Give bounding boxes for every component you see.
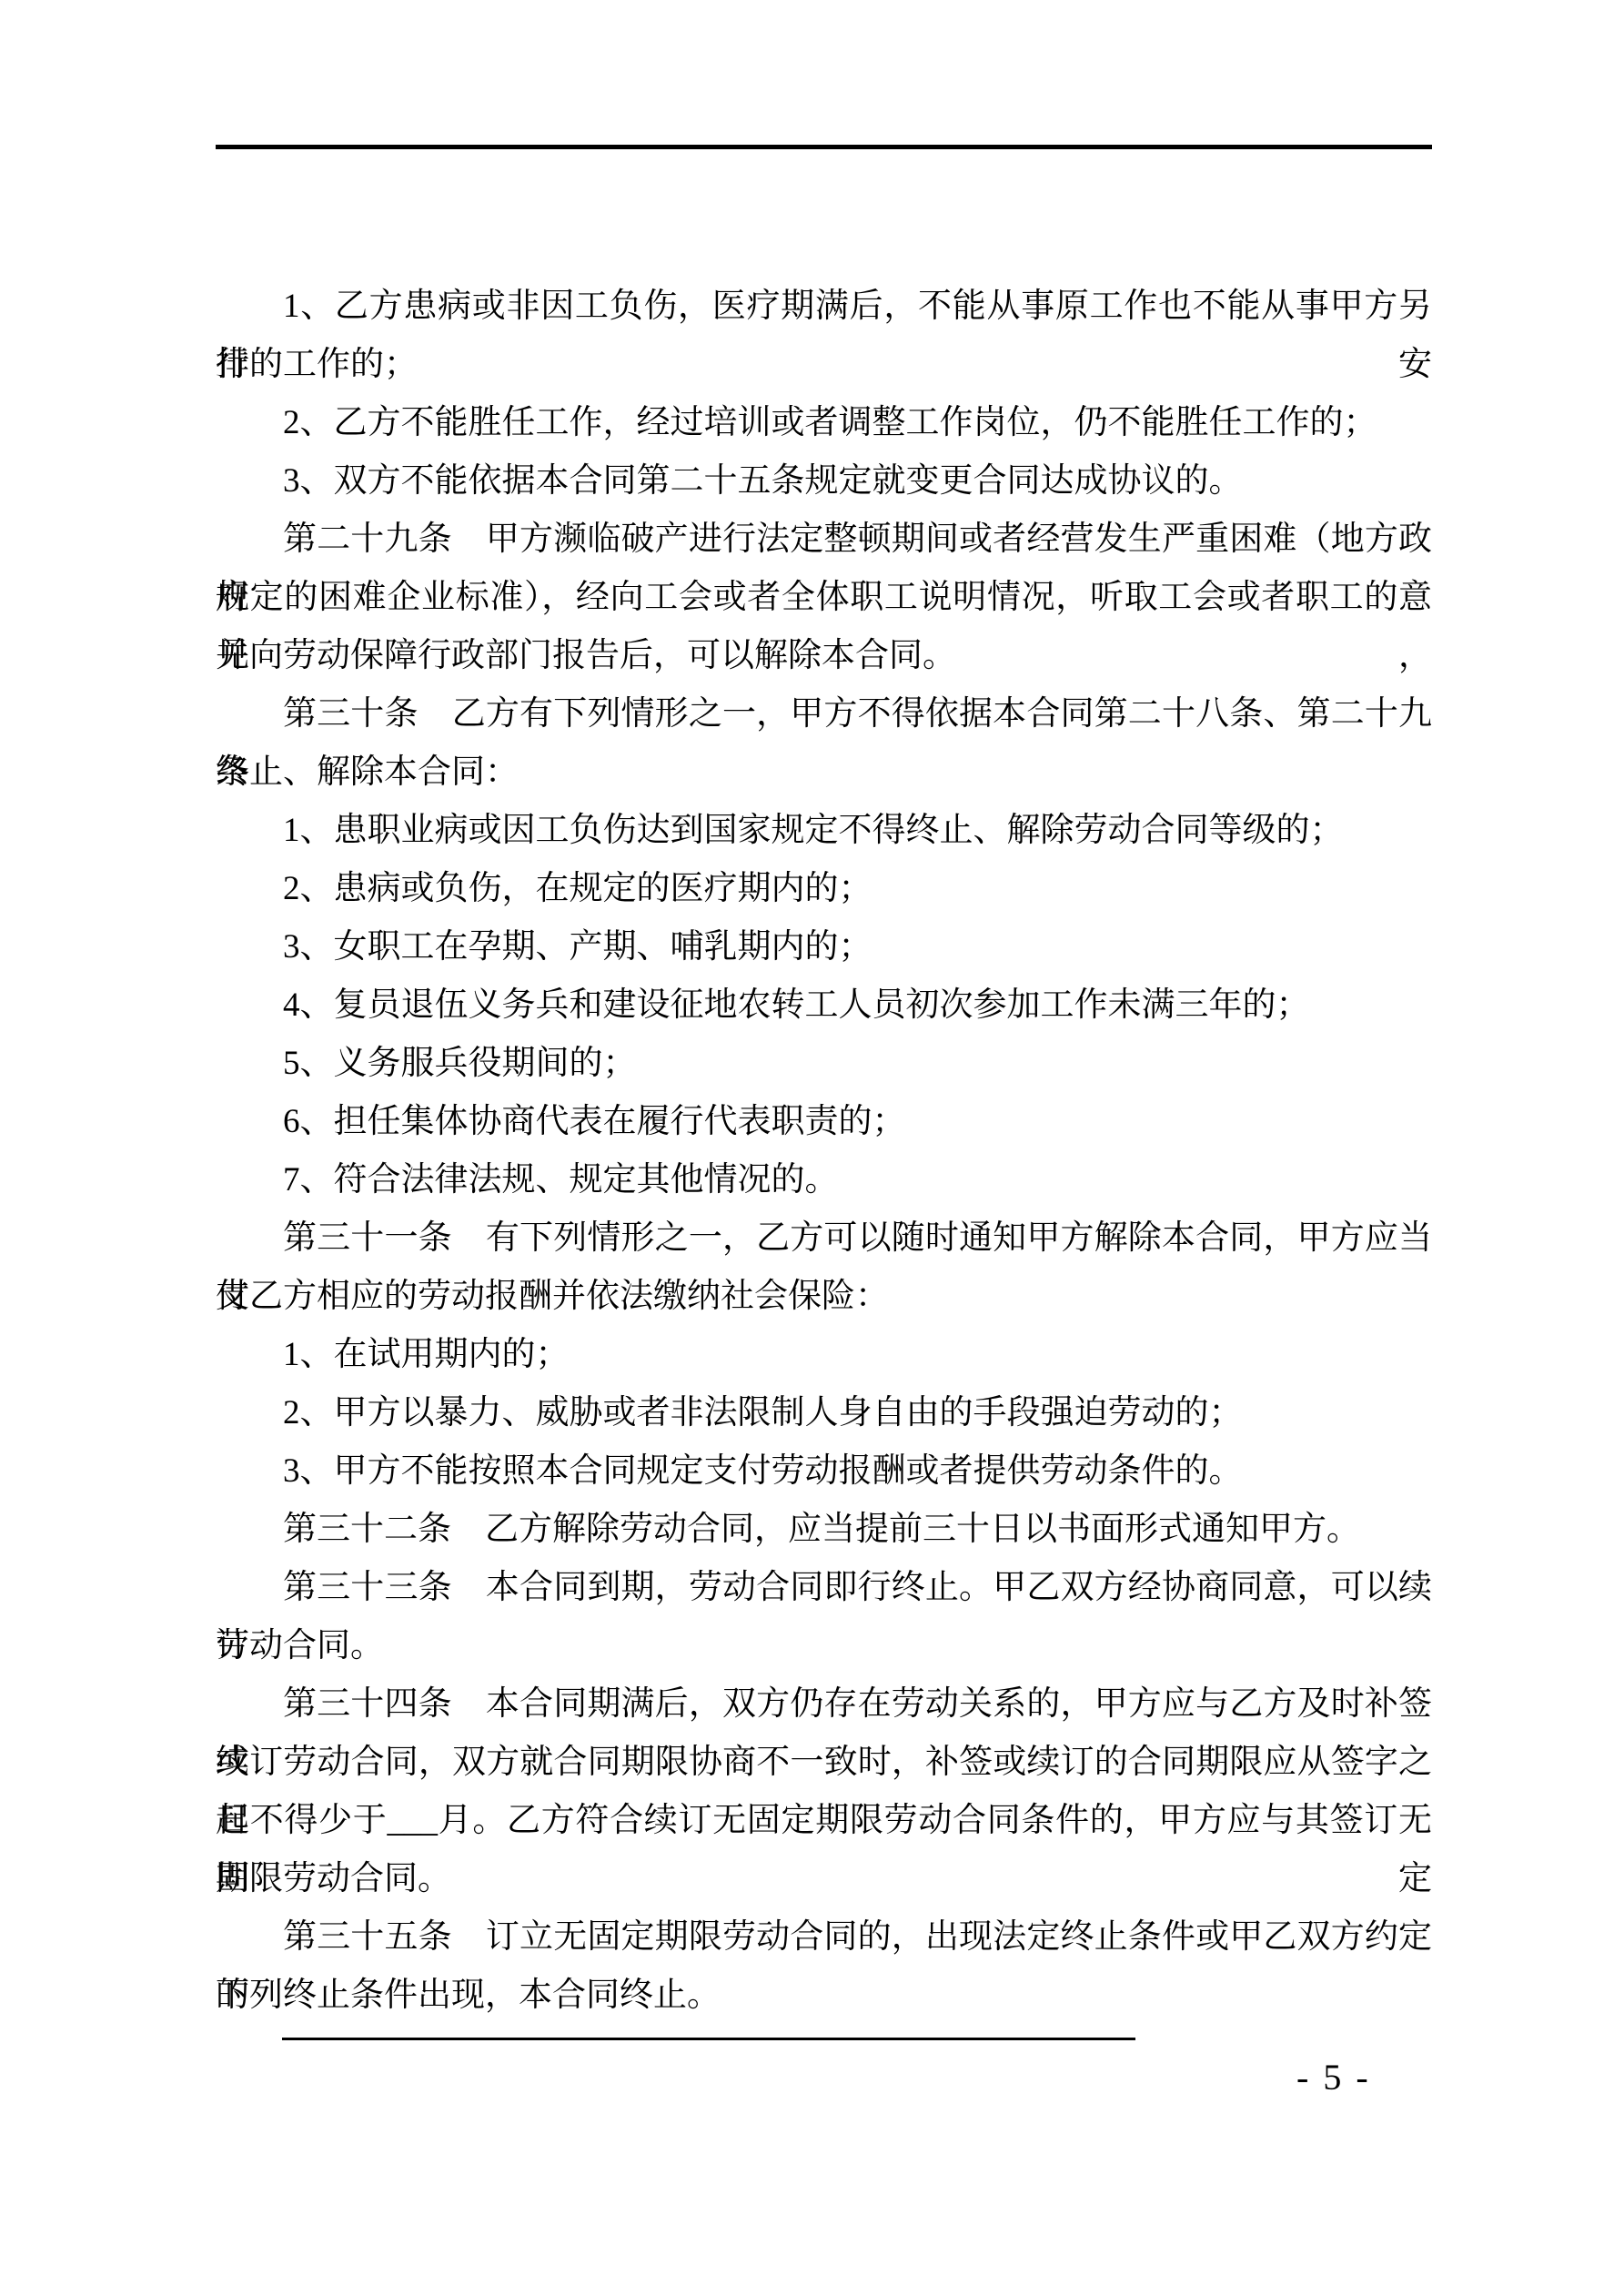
text-line: 第三十二条 乙方解除劳动合同，应当提前三十日以书面形式通知甲方。: [216, 1501, 1432, 1559]
text-line: 起不得少于___月。乙方符合续订无固定期限劳动合同条件的，甲方应与其签订无固定: [216, 1792, 1432, 1850]
page-number: - 5 -: [1296, 2052, 1371, 2103]
text-line: 2、乙方不能胜任工作，经过培训或者调整工作岗位，仍不能胜任工作的；: [216, 394, 1432, 452]
text-line: 第三十一条 有下列情形之一，乙方可以随时通知甲方解除本合同，甲方应当支: [216, 1209, 1432, 1268]
text-line: 下列终止条件出现，本合同终止。: [216, 1967, 1432, 2025]
text-line: 3、甲方不能按照本合同规定支付劳动报酬或者提供劳动条件的。: [216, 1442, 1432, 1501]
text-line: 5、义务服兵役期间的；: [216, 1035, 1432, 1093]
header-rule: [216, 145, 1432, 149]
text-line: 规定的困难企业标准），经向工会或者全体职工说明情况，听取工会或者职工的意见，: [216, 569, 1432, 627]
text-line: 付乙方相应的劳动报酬并依法缴纳社会保险：: [216, 1268, 1432, 1326]
contract-page: 1、乙方患病或非因工负伤，医疗期满后，不能从事原工作也不能从事甲方另行安排的工作…: [0, 0, 1624, 2296]
text-line: 第三十三条 本合同到期，劳动合同即行终止。甲乙双方经协商同意，可以续订: [216, 1559, 1432, 1617]
footnote-separator-rule: [282, 2038, 1135, 2040]
text-line: 第二十九条 甲方濒临破产进行法定整顿期间或者经营发生严重困难（地方政府: [216, 511, 1432, 569]
text-line: 1、乙方患病或非因工负伤，医疗期满后，不能从事原工作也不能从事甲方另行安: [216, 278, 1432, 336]
text-line: 续订劳动合同，双方就合同期限协商不一致时，补签或续订的合同期限应从签字之日: [216, 1734, 1432, 1792]
text-line: 1、患职业病或因工负伤达到国家规定不得终止、解除劳动合同等级的；: [216, 802, 1432, 860]
text-line: 第三十四条 本合同期满后，双方仍存在劳动关系的，甲方应与乙方及时补签或: [216, 1675, 1432, 1734]
text-line: 第三十五条 订立无固定期限劳动合同的，出现法定终止条件或甲乙双方约定的: [216, 1908, 1432, 1967]
text-line: 6、担任集体协商代表在履行代表职责的；: [216, 1093, 1432, 1151]
text-line: 1、在试用期内的；: [216, 1326, 1432, 1384]
text-line: 2、患病或负伤，在规定的医疗期内的；: [216, 860, 1432, 918]
document-body: 1、乙方患病或非因工负伤，医疗期满后，不能从事原工作也不能从事甲方另行安排的工作…: [216, 278, 1432, 2025]
text-line: 劳动合同。: [216, 1617, 1432, 1675]
text-line: 4、复员退伍义务兵和建设征地农转工人员初次参加工作未满三年的；: [216, 976, 1432, 1035]
text-line: 3、双方不能依据本合同第二十五条规定就变更合同达成协议的。: [216, 452, 1432, 511]
text-line: 第三十条 乙方有下列情形之一，甲方不得依据本合同第二十八条、第二十九条: [216, 685, 1432, 743]
text-line: 7、符合法律法规、规定其他情况的。: [216, 1151, 1432, 1209]
text-line: 2、甲方以暴力、威胁或者非法限制人身自由的手段强迫劳动的；: [216, 1384, 1432, 1442]
text-line: 3、女职工在孕期、产期、哺乳期内的；: [216, 918, 1432, 976]
text-line: 终止、解除本合同：: [216, 743, 1432, 802]
